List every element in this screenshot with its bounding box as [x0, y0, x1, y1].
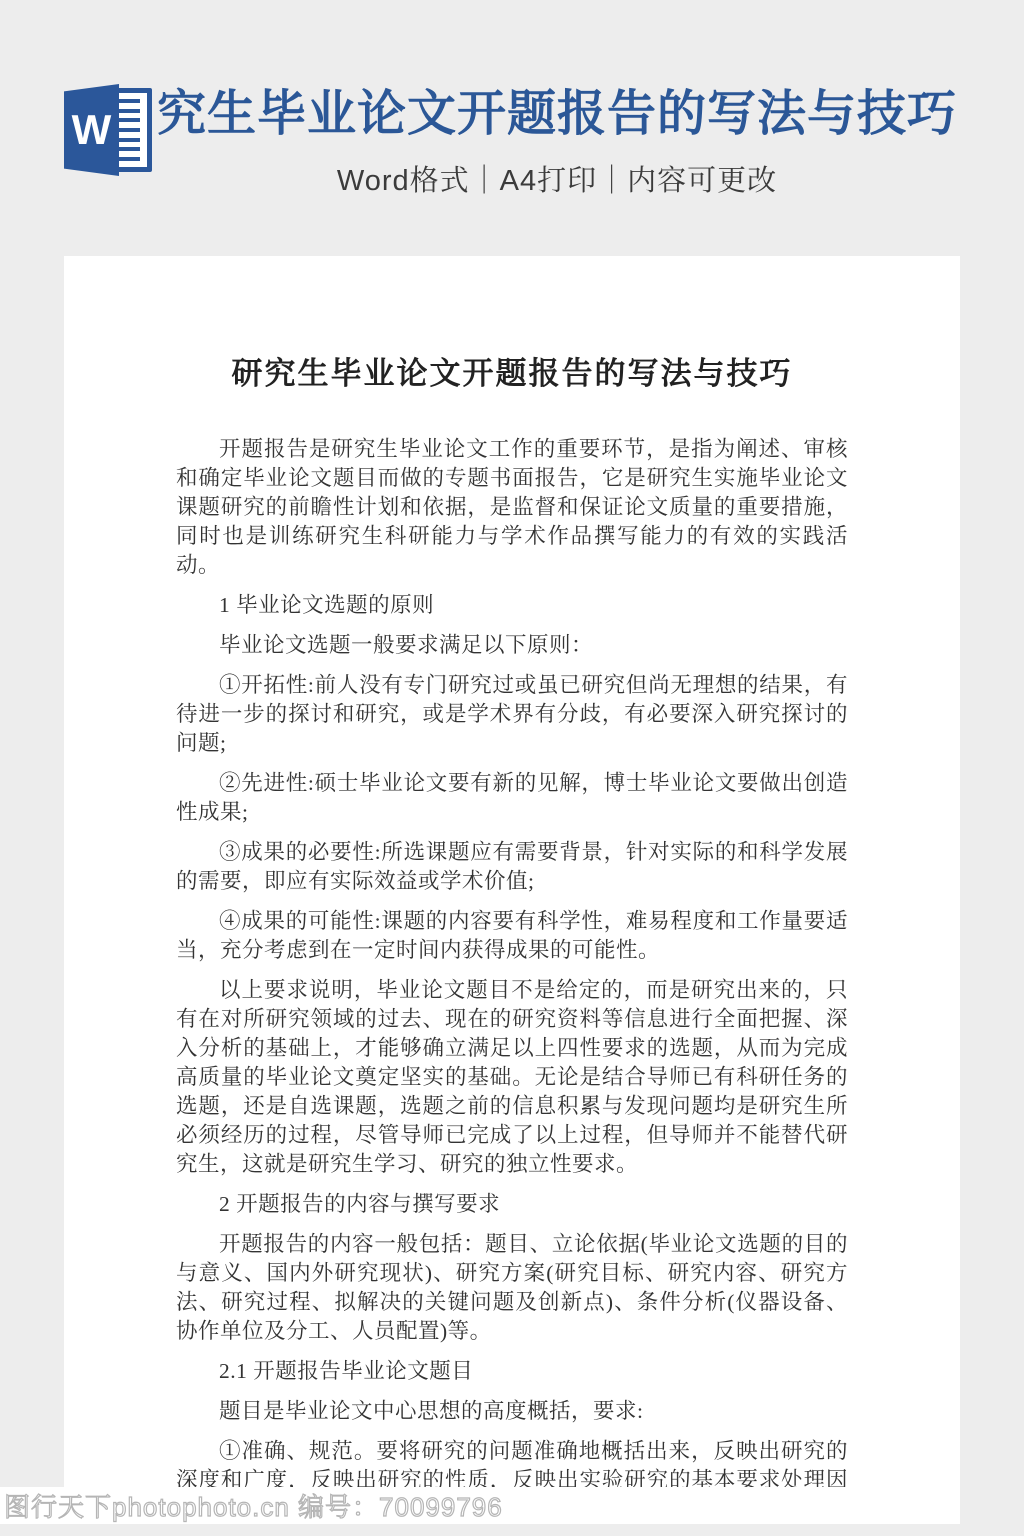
document-page: 研究生毕业论文开题报告的写法与技巧 开题报告是研究生毕业论文工作的重要环节，是指… — [64, 256, 960, 1522]
paragraph-principle-1: ①开拓性:前人没有专门研究过或虽已研究但尚无理想的结果，有待进一步的探讨和研究，… — [176, 671, 848, 758]
header-title: 究生毕业论文开题报告的写法与技巧 — [90, 88, 1024, 142]
heading-section-1: 1 毕业论文选题的原则 — [176, 591, 848, 620]
page-header: W 究生毕业论文开题报告的写法与技巧 Word格式｜A4打印｜内容可更改 — [0, 0, 1024, 256]
document-body: 开题报告是研究生毕业论文工作的重要环节，是指为阐述、审核和确定毕业论文题目而做的… — [176, 435, 848, 1522]
paragraph-content-overview: 开题报告的内容一般包括：题目、立论依据(毕业论文选题的目的与意义、国内外研究现状… — [176, 1230, 848, 1346]
paragraph-principles-lead: 毕业论文选题一般要求满足以下原则： — [176, 631, 848, 660]
header-text-block: 究生毕业论文开题报告的写法与技巧 Word格式｜A4打印｜内容可更改 — [90, 88, 1024, 199]
paragraph-topic-lead: 题目是毕业论文中心思想的高度概括，要求: — [176, 1397, 848, 1426]
heading-section-2: 2 开题报告的内容与撰写要求 — [176, 1190, 848, 1219]
template-preview-page: { "header": { "title": "究生毕业论文开题报告的写法与技巧… — [0, 0, 1024, 1536]
paragraph-principle-4: ④成果的可能性:课题的内容要有科学性，难易程度和工作量要适当，充分考虑到在一定时… — [176, 907, 848, 965]
watermark-text: 图行天下photophoto.cn 编号：70099796 — [0, 1487, 503, 1524]
document-title: 研究生毕业论文开题报告的写法与技巧 — [176, 348, 848, 393]
paragraph-principle-2: ②先进性:硕士毕业论文要有新的见解，博士毕业论文要做出创造性成果; — [176, 769, 848, 827]
paragraph-principle-3: ③成果的必要性:所选课题应有需要背景，针对实际的和科学发展的需要，即应有实际效益… — [176, 838, 848, 896]
heading-section-2-1: 2.1 开题报告毕业论文题目 — [176, 1357, 848, 1386]
watermark-bar: 图行天下photophoto.cn 编号：70099796 — [0, 1487, 960, 1524]
header-subtitle: Word格式｜A4打印｜内容可更改 — [90, 158, 1024, 199]
paragraph-intro: 开题报告是研究生毕业论文工作的重要环节，是指为阐述、审核和确定毕业论文题目而做的… — [176, 435, 848, 580]
paragraph-summary: 以上要求说明，毕业论文题目不是给定的，而是研究出来的，只有在对所研究领域的过去、… — [176, 976, 848, 1179]
